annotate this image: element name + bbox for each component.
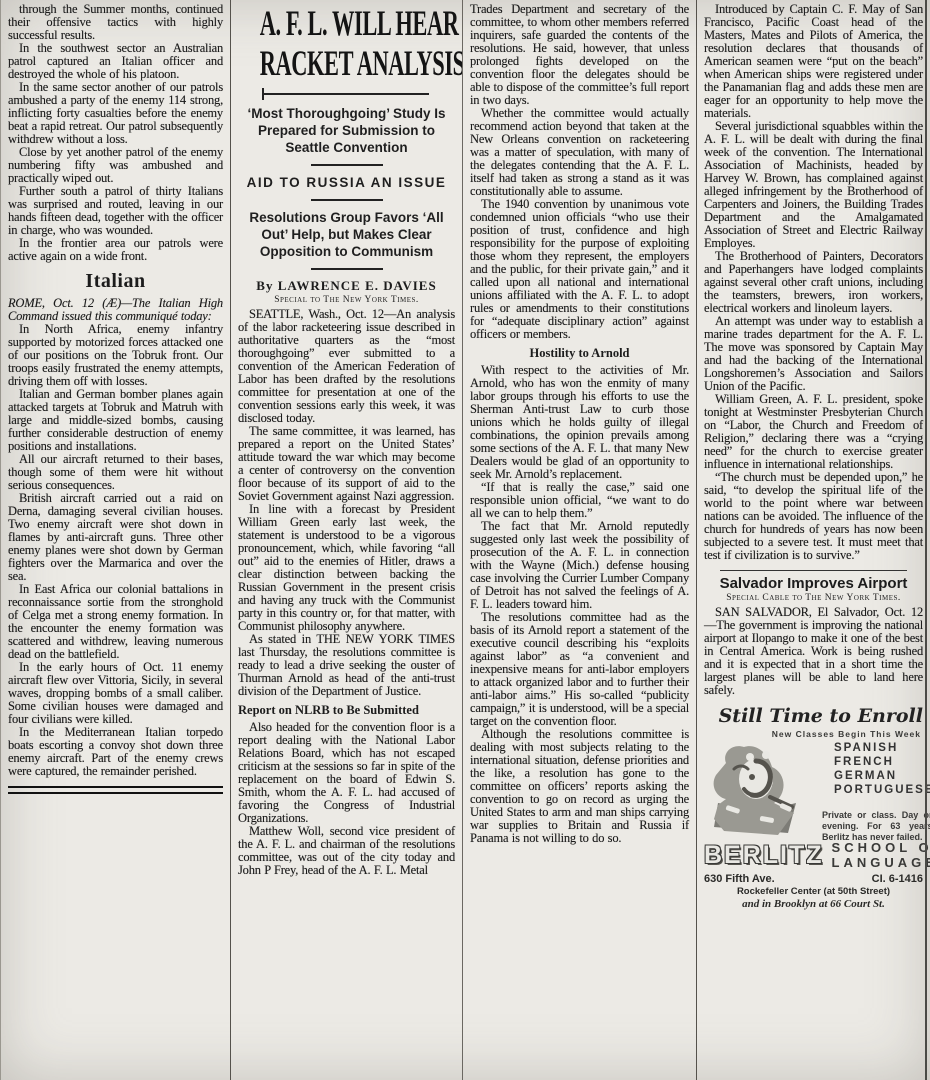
paragraph: Further south a patrol of thirty Italian… (8, 185, 223, 237)
ad-subline: New Classes Begin This Week (704, 729, 921, 739)
paragraph: All our aircraft returned to their bases… (8, 453, 223, 492)
ad-address-line-2: Rockefeller Center (at 50th Street) (704, 886, 923, 897)
byline: By LAWRENCE E. DAVIES (238, 278, 455, 294)
ad-brand-row: BERLITZ SCHOOL OF LANGUAGES (704, 840, 923, 870)
paragraph: British aircraft carried out a raid on D… (8, 492, 223, 583)
ad-phone-number: CI. 6-1416 (872, 873, 923, 885)
headline-dingbat-rule (264, 93, 429, 95)
paragraph: Also headed for the convention floor is … (238, 721, 455, 825)
paragraph: The Brotherhood of Painters, Decorators … (704, 250, 923, 315)
ad-body-layout: SPANISH FRENCH GERMAN PORTUGUESE Private… (704, 741, 923, 854)
paragraph: “The church must be depended upon,” he s… (704, 471, 923, 562)
wire-credit: Special to The New York Times. (238, 295, 455, 305)
ad-headline: Still Time to Enroll (704, 705, 923, 727)
column-layout: through the Summer months, continued the… (0, 0, 930, 1080)
paragraph: The fact that Mr. Arnold reputedly sugge… (470, 520, 689, 611)
paragraph: William Green, A. F. L. president, spoke… (704, 393, 923, 471)
ad-language: SPANISH (834, 741, 930, 755)
salvador-airport-item: Salvador Improves Airport Special Cable … (704, 575, 923, 697)
deck-divider-rule (311, 268, 383, 270)
subhead-nlrb-report: Report on NLRB to Be Submitted (238, 703, 455, 718)
deck-divider-rule (311, 199, 383, 201)
paragraph: Trades Department and secretary of the c… (470, 3, 689, 107)
paragraph: In the Mediterranean Italian torpedo boa… (8, 726, 223, 778)
paragraph: SEATTLE, Wash., Oct. 12—An analysis of t… (238, 308, 455, 425)
column-1-war-communique: through the Summer months, continued the… (0, 0, 230, 1080)
deck-resolutions-group: Resolutions Group Favors ‘All Out’ Help,… (240, 209, 453, 260)
column-2-headline-story: A. F. L. WILL HEAR RACKET ANALYSIS ‘Most… (230, 0, 462, 1080)
ad-street-address: 630 Fifth Ave. (704, 873, 775, 885)
paragraph: Several jurisdictional squabbles within … (704, 120, 923, 250)
subhead-hostility-to-arnold: Hostility to Arnold (470, 346, 689, 361)
paragraph: An attempt was under way to establish a … (704, 315, 923, 393)
paragraph: With respect to the activities of Mr. Ar… (470, 364, 689, 481)
subhead-italian: Italian (8, 270, 223, 293)
deck-aid-to-russia: AID TO RUSSIA AN ISSUE (240, 174, 453, 191)
column-3-story-continuation: Trades Department and secretary of the c… (462, 0, 696, 1080)
ad-language: GERMAN (834, 769, 930, 783)
end-of-story-double-rule (8, 786, 223, 794)
paragraph: As stated in THE NEW YORK TIMES last Thu… (238, 633, 455, 698)
section-divider-rule (720, 570, 906, 571)
cable-credit: Special Cable to The New York Times. (704, 593, 923, 603)
berlitz-dog-mascot-icon (704, 741, 816, 854)
ad-language: PORTUGUESE (834, 783, 930, 797)
paragraph: In East Africa our colonial battalions i… (8, 583, 223, 661)
paragraph: The resolutions committee had as the bas… (470, 611, 689, 728)
paragraph: The 1940 convention by unanimous vote co… (470, 198, 689, 341)
ad-language-list: SPANISH FRENCH GERMAN PORTUGUESE (820, 741, 930, 808)
paragraph: Close by yet another patrol of the enemy… (8, 146, 223, 185)
paragraph: In the early hours of Oct. 11 enemy airc… (8, 661, 223, 726)
paragraph: Matthew Woll, second vice president of t… (238, 825, 455, 877)
deck-divider-rule (311, 164, 383, 166)
berlitz-advertisement: Still Time to Enroll New Classes Begin T… (704, 705, 923, 910)
deck-study-prepared: ‘Most Thoroughgoing’ Study Is Prepared f… (240, 105, 453, 156)
newspaper-page: through the Summer months, continued the… (0, 0, 930, 1080)
subhead-salvador-airport: Salvador Improves Airport (704, 575, 923, 592)
paragraph: Whether the committee would actually rec… (470, 107, 689, 198)
paragraph: In the frontier area our patrols were ac… (8, 237, 223, 263)
paragraph: through the Summer months, continued the… (8, 3, 223, 42)
headline-line-1: A. F. L. WILL HEAR (260, 3, 434, 47)
headline-line-2: RACKET ANALYSIS (260, 43, 434, 87)
paragraph: The same committee, it was learned, has … (238, 425, 455, 503)
paragraph: In North Africa, enemy infantry supporte… (8, 323, 223, 388)
paragraph: SAN SALVADOR, El Salvador, Oct. 12—The g… (704, 606, 923, 697)
ad-brand-wordmark: BERLITZ (704, 841, 824, 870)
ad-address-line-3: and in Brooklyn at 66 Court St. (704, 898, 923, 910)
paragraph: In the southwest sector an Australian pa… (8, 42, 223, 81)
dateline-rome: ROME, Oct. 12 (Æ)—The Italian High Comma… (8, 297, 223, 323)
paragraph: Introduced by Captain C. F. May of San F… (704, 3, 923, 120)
ad-brand-tagline: SCHOOL OF LANGUAGES (832, 840, 930, 870)
ad-language: FRENCH (834, 755, 930, 769)
paragraph: “If that is really the case,” said one r… (470, 481, 689, 520)
paragraph: In line with a forecast by President Wil… (238, 503, 455, 633)
paragraph: Italian and German bomber planes again a… (8, 388, 223, 453)
column-4-story-end-and-ad: Introduced by Captain C. F. May of San F… (696, 0, 930, 1080)
paragraph: In the same sector another of our patrol… (8, 81, 223, 146)
paragraph: Although the resolutions committee is de… (470, 728, 689, 845)
ad-address-row: 630 Fifth Ave. CI. 6-1416 (704, 873, 923, 885)
